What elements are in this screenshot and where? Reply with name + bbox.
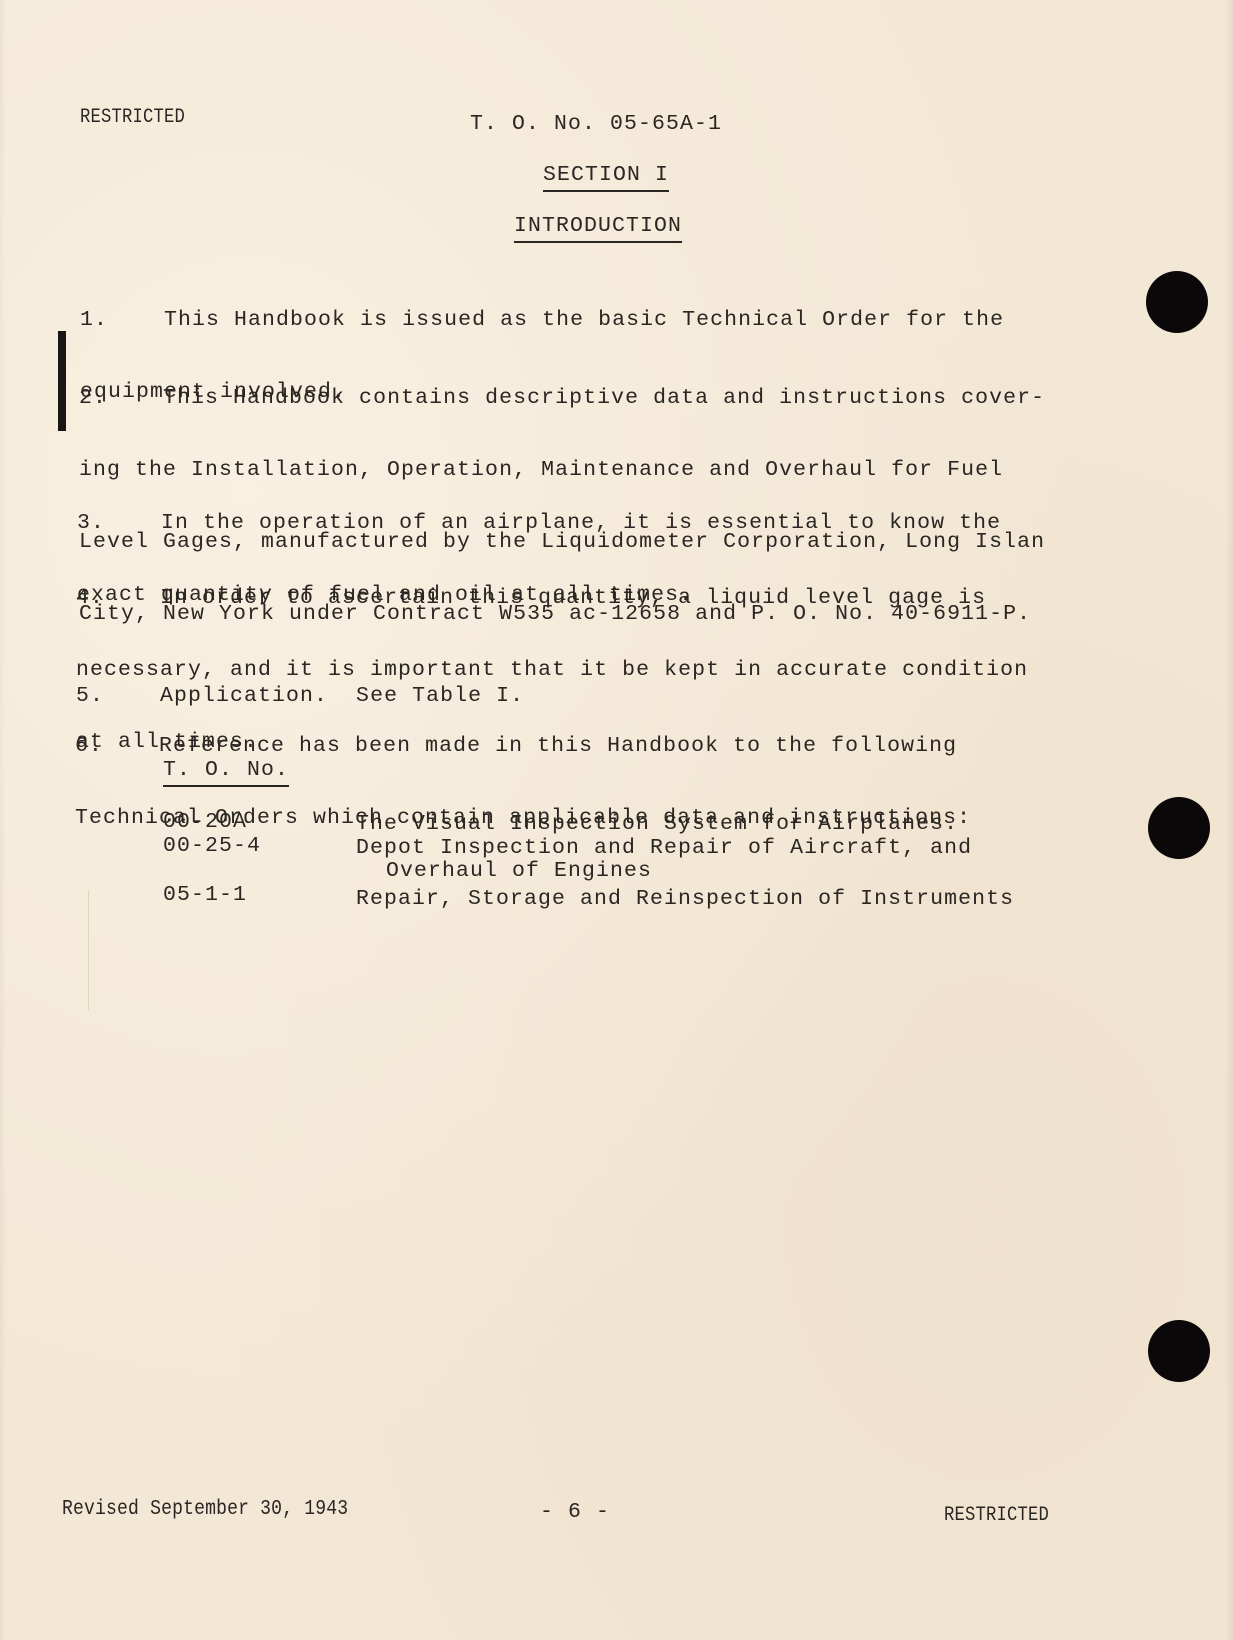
section-number: SECTION I <box>543 163 669 192</box>
paragraph-text: This Handbook contains descriptive data … <box>163 386 1045 410</box>
to-number: T. O. No. 05-65A-1 <box>470 112 722 136</box>
to-title-cell: The Visual Inspection System for Airplan… <box>356 812 958 836</box>
footer-revision-date: Revised September 30, 1943 <box>62 1498 348 1521</box>
header-classification: RESTRICTED <box>80 106 185 129</box>
paragraph-number: 3. <box>77 511 105 535</box>
to-title-cell: Repair, Storage and Reinspection of Inst… <box>356 887 1014 911</box>
paragraph-number: 1. <box>80 308 108 332</box>
paragraph-number: 6. <box>75 734 103 758</box>
paragraph-text: In order to ascertain this quantity, a l… <box>160 586 986 610</box>
to-number-cell: 05-1-1 <box>163 883 247 907</box>
revision-change-bar <box>58 331 66 431</box>
section-title: INTRODUCTION <box>514 214 682 243</box>
to-title-continuation: Overhaul of Engines <box>386 859 652 883</box>
to-number-cell: 00-20A <box>163 810 247 834</box>
paragraph-text: This Handbook is issued as the basic Tec… <box>164 308 1004 332</box>
to-title-cell: Depot Inspection and Repair of Aircraft,… <box>356 836 972 860</box>
margin-mark <box>88 890 89 1010</box>
reference-table-header: T. O. No. <box>163 758 289 787</box>
paragraph-text: Reference has been made in this Handbook… <box>159 734 957 758</box>
punch-hole-middle <box>1148 797 1210 859</box>
to-number-cell: 00-25-4 <box>163 834 261 858</box>
footer-classification: RESTRICTED <box>944 1504 1049 1527</box>
paragraph-number: 2. <box>79 386 107 410</box>
paragraph-text: In the operation of an airplane, it is e… <box>161 511 1001 535</box>
punch-hole-bottom <box>1148 1320 1210 1382</box>
page-number: - 6 - <box>540 1500 610 1524</box>
punch-hole-top <box>1146 271 1208 333</box>
paragraph-number: 4. <box>76 586 104 610</box>
